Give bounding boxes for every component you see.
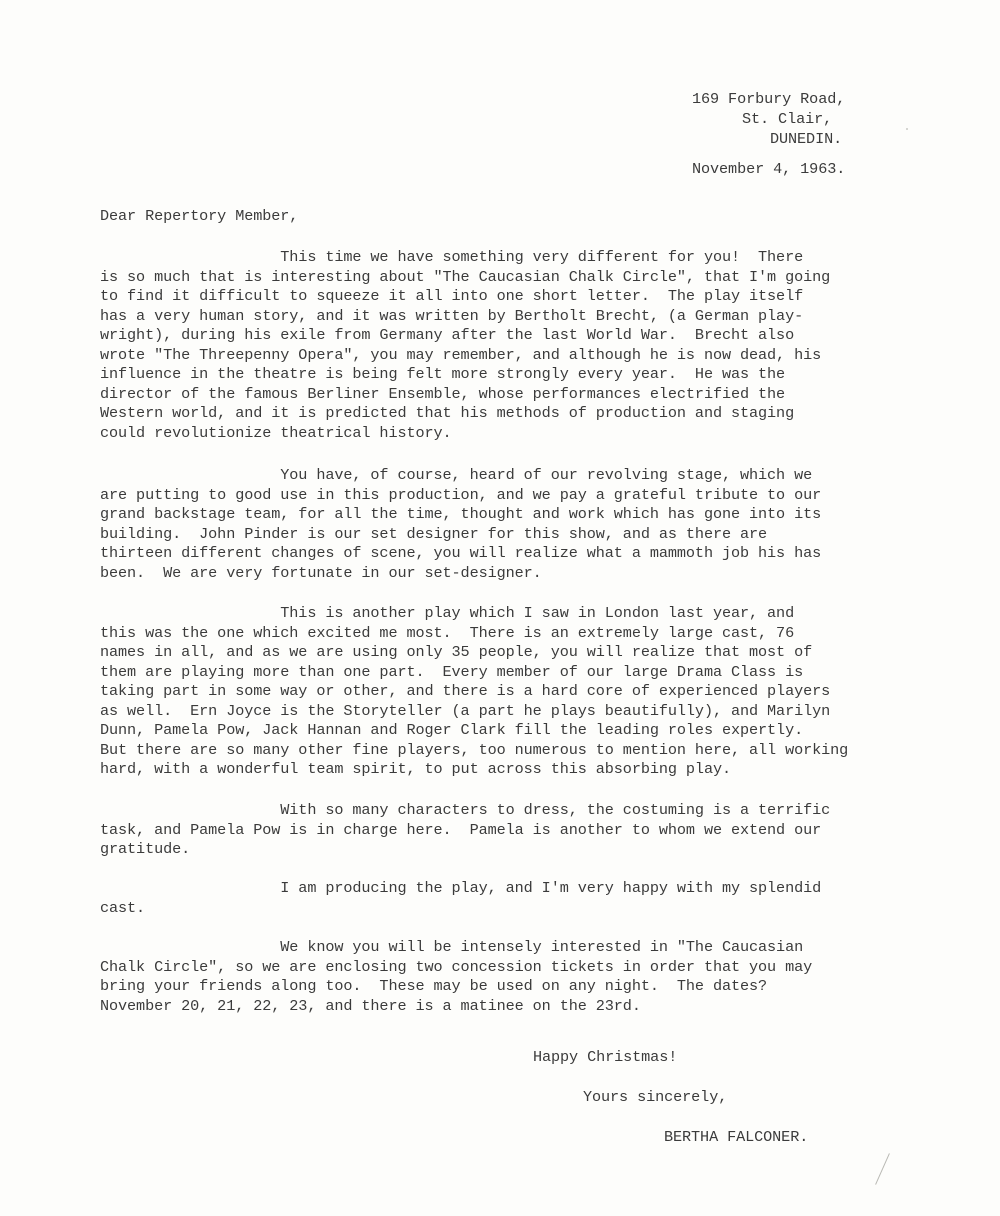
paragraph-line: taking part in some way or other, and th… [100, 682, 830, 702]
paragraph-line: bring your friends along too. These may … [100, 977, 767, 997]
paragraph-line: cast. [100, 899, 145, 919]
paragraph-line: Dunn, Pamela Pow, Jack Hannan and Roger … [100, 721, 803, 741]
paragraph-line: them are playing more than one part. Eve… [100, 663, 803, 683]
paragraph-line: been. We are very fortunate in our set-d… [100, 564, 542, 584]
paragraph-line: director of the famous Berliner Ensemble… [100, 385, 785, 405]
paragraph-line: task, and Pamela Pow is in charge here. … [100, 821, 821, 841]
paragraph-line: You have, of course, heard of our revolv… [100, 466, 812, 486]
paragraph-line: building. John Pinder is our set designe… [100, 525, 767, 545]
paragraph-line: Western world, and it is predicted that … [100, 404, 794, 424]
paragraph-line: Chalk Circle", so we are enclosing two c… [100, 958, 812, 978]
paragraph-line: has a very human story, and it was writt… [100, 307, 803, 327]
address-line-suburb: St. Clair, [742, 110, 832, 130]
paragraph-line: hard, with a wonderful team spirit, to p… [100, 760, 731, 780]
paragraph-line: This time we have something very differe… [100, 248, 803, 268]
paragraph-line: But there are so many other fine players… [100, 741, 848, 761]
paragraph-line: With so many characters to dress, the co… [100, 801, 830, 821]
paragraph-line: wright), during his exile from Germany a… [100, 326, 794, 346]
signature: BERTHA FALCONER. [664, 1128, 808, 1148]
paragraph-line: are putting to good use in this producti… [100, 486, 821, 506]
salutation: Dear Repertory Member, [100, 207, 298, 227]
paper-speck [906, 128, 908, 130]
pen-mark [875, 1153, 890, 1184]
paragraph-line: influence in the theatre is being felt m… [100, 365, 785, 385]
address-line-street: 169 Forbury Road, [692, 90, 845, 110]
closing-greeting: Happy Christmas! [533, 1048, 677, 1068]
paragraph-line: grand backstage team, for all the time, … [100, 505, 821, 525]
paragraph-line: This is another play which I saw in Lond… [100, 604, 794, 624]
paragraph-line: could revolutionize theatrical history. [100, 424, 452, 444]
paragraph-line: is so much that is interesting about "Th… [100, 268, 830, 288]
paragraph-line: thirteen different changes of scene, you… [100, 544, 821, 564]
paragraph-line: wrote "The Threepenny Opera", you may re… [100, 346, 821, 366]
valediction: Yours sincerely, [583, 1088, 727, 1108]
letter-page: 169 Forbury Road, St. Clair, DUNEDIN. No… [0, 0, 1000, 1216]
paragraph-line: names in all, and as we are using only 3… [100, 643, 812, 663]
paragraph-line: as well. Ern Joyce is the Storyteller (a… [100, 702, 830, 722]
address-line-city: DUNEDIN. [770, 130, 842, 150]
paragraph-line: November 20, 21, 22, 23, and there is a … [100, 997, 641, 1017]
paragraph-line: to find it difficult to squeeze it all i… [100, 287, 803, 307]
paragraph-line: We know you will be intensely interested… [100, 938, 803, 958]
letter-date: November 4, 1963. [692, 160, 845, 180]
paragraph-line: I am producing the play, and I'm very ha… [100, 879, 821, 899]
paragraph-line: gratitude. [100, 840, 190, 860]
paragraph-line: this was the one which excited me most. … [100, 624, 794, 644]
